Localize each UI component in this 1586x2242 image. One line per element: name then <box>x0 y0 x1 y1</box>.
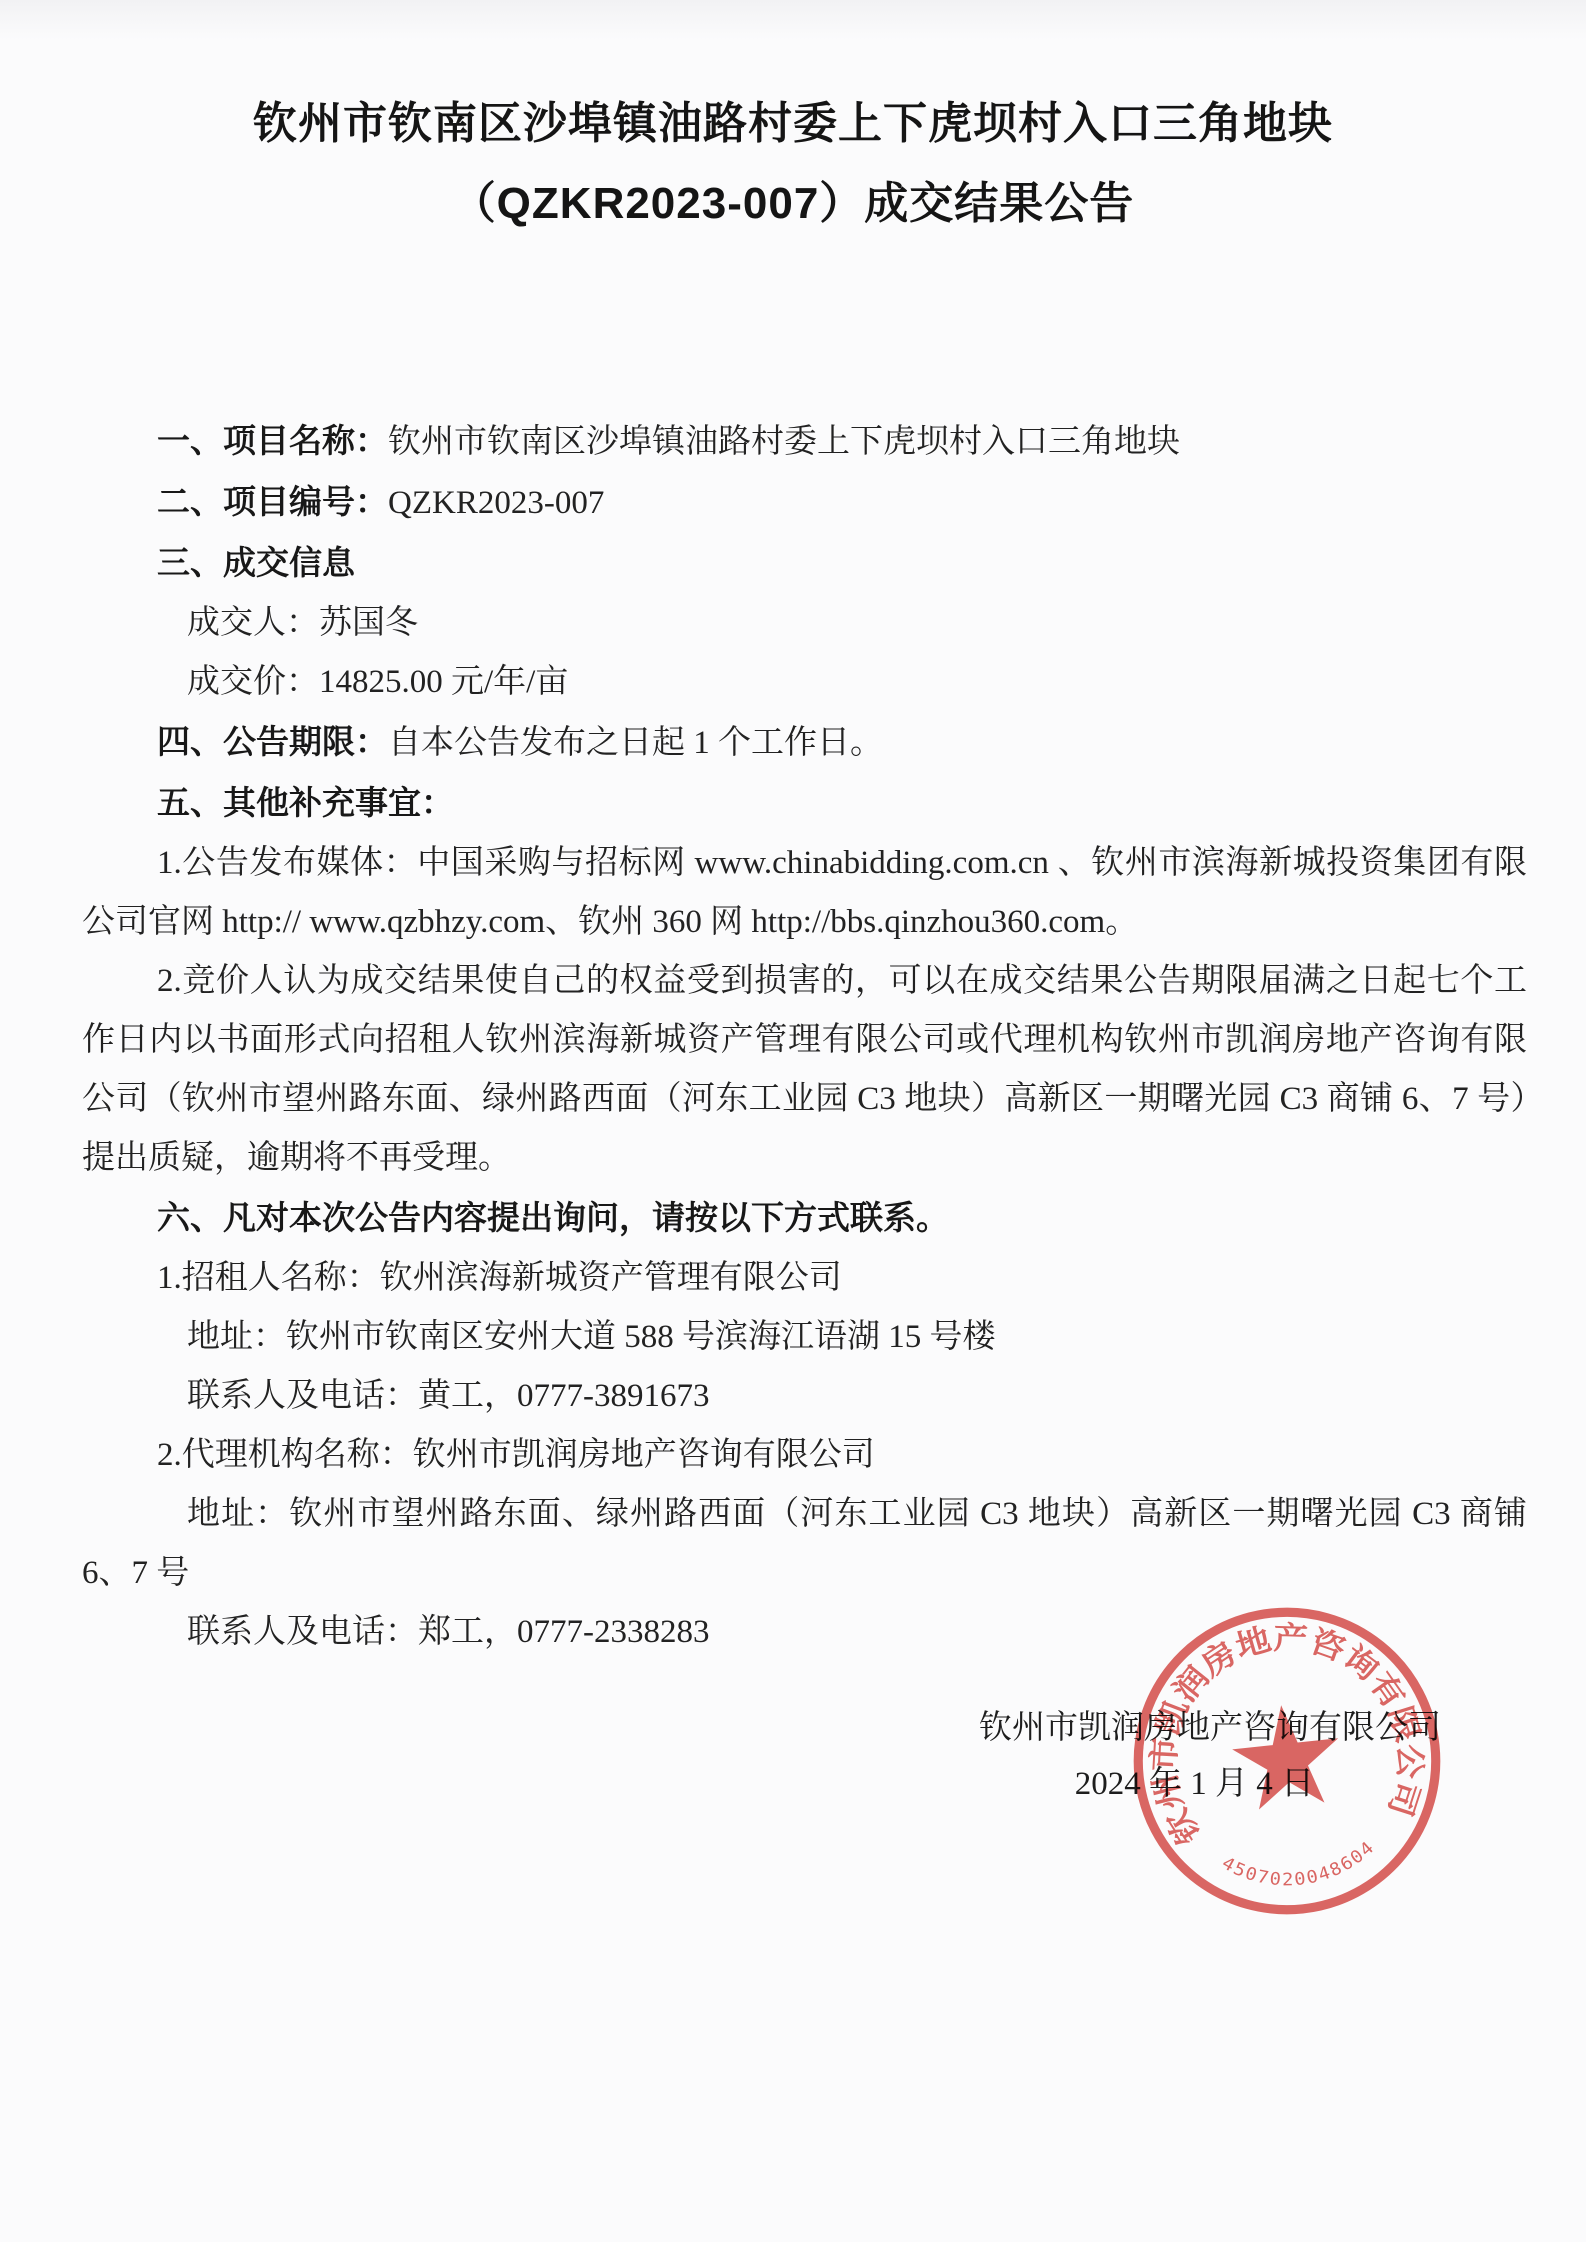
para-agent-address: 地址：钦州市望州路东面、绿州路西面（河东工业园 C3 地块）高新区一期曙光园 C… <box>82 1485 1527 1603</box>
para-lessor-contact: 联系人及电话：黄工，0777-3891673 <box>82 1367 1527 1426</box>
page-title-line1: 钦州市钦南区沙埠镇油路村委上下虎坝村入口三角地块 <box>0 84 1586 164</box>
signature-company: 钦州市凯润房地产咨询有限公司 <box>0 1700 1586 1756</box>
para-notice-period: 四、公告期限：自本公告发布之日起 1 个工作日。 <box>82 712 1527 773</box>
para-agent-name: 2.代理机构名称：钦州市凯润房地产咨询有限公司 <box>82 1426 1527 1485</box>
para-contact-header: 六、凡对本次公告内容提出询问，请按以下方式联系。 <box>82 1188 1527 1249</box>
page-title-line2: （QZKR2023-007）成交结果公告 <box>0 164 1586 244</box>
signature-block: 钦州市凯润房地产咨询有限公司 2024 年 1 月 4 日 <box>0 1700 1586 1812</box>
para-other-matters-header: 五、其他补充事宜： <box>82 773 1527 834</box>
para-deal-info-header: 三、成交信息 <box>82 533 1527 594</box>
para-lessor-address: 地址：钦州市钦南区安州大道 588 号滨海江语湖 15 号楼 <box>82 1308 1527 1367</box>
para-objection-procedure: 2.竞价人认为成交结果使自己的权益受到损害的，可以在成交结果公告期限届满之日起七… <box>82 952 1527 1188</box>
page-title: 钦州市钦南区沙埠镇油路村委上下虎坝村入口三角地块 （QZKR2023-007）成… <box>0 84 1586 244</box>
para-publish-media: 1.公告发布媒体：中国采购与招标网 www.chinabidding.com.c… <box>82 834 1527 952</box>
para-project-number: 二、项目编号：QZKR2023-007 <box>82 472 1527 533</box>
scanned-document-page: 钦州市钦南区沙埠镇油路村委上下虎坝村入口三角地块 （QZKR2023-007）成… <box>0 0 1586 2242</box>
para-agent-contact: 联系人及电话：郑工，0777-2338283 <box>82 1603 1527 1662</box>
para-deal-price: 成交价：14825.00 元/年/亩 <box>82 653 1527 712</box>
document-body: 一、项目名称：钦州市钦南区沙埠镇油路村委上下虎坝村入口三角地块 二、项目编号：Q… <box>82 411 1527 1662</box>
seal-number: 4507020048604 <box>1216 1836 1382 1898</box>
para-lessor-name: 1.招租人名称：钦州滨海新城资产管理有限公司 <box>82 1249 1527 1308</box>
signature-date: 2024 年 1 月 4 日 <box>0 1756 1586 1812</box>
para-deal-winner: 成交人：苏国冬 <box>82 594 1527 653</box>
para-project-name: 一、项目名称：钦州市钦南区沙埠镇油路村委上下虎坝村入口三角地块 <box>82 411 1527 472</box>
